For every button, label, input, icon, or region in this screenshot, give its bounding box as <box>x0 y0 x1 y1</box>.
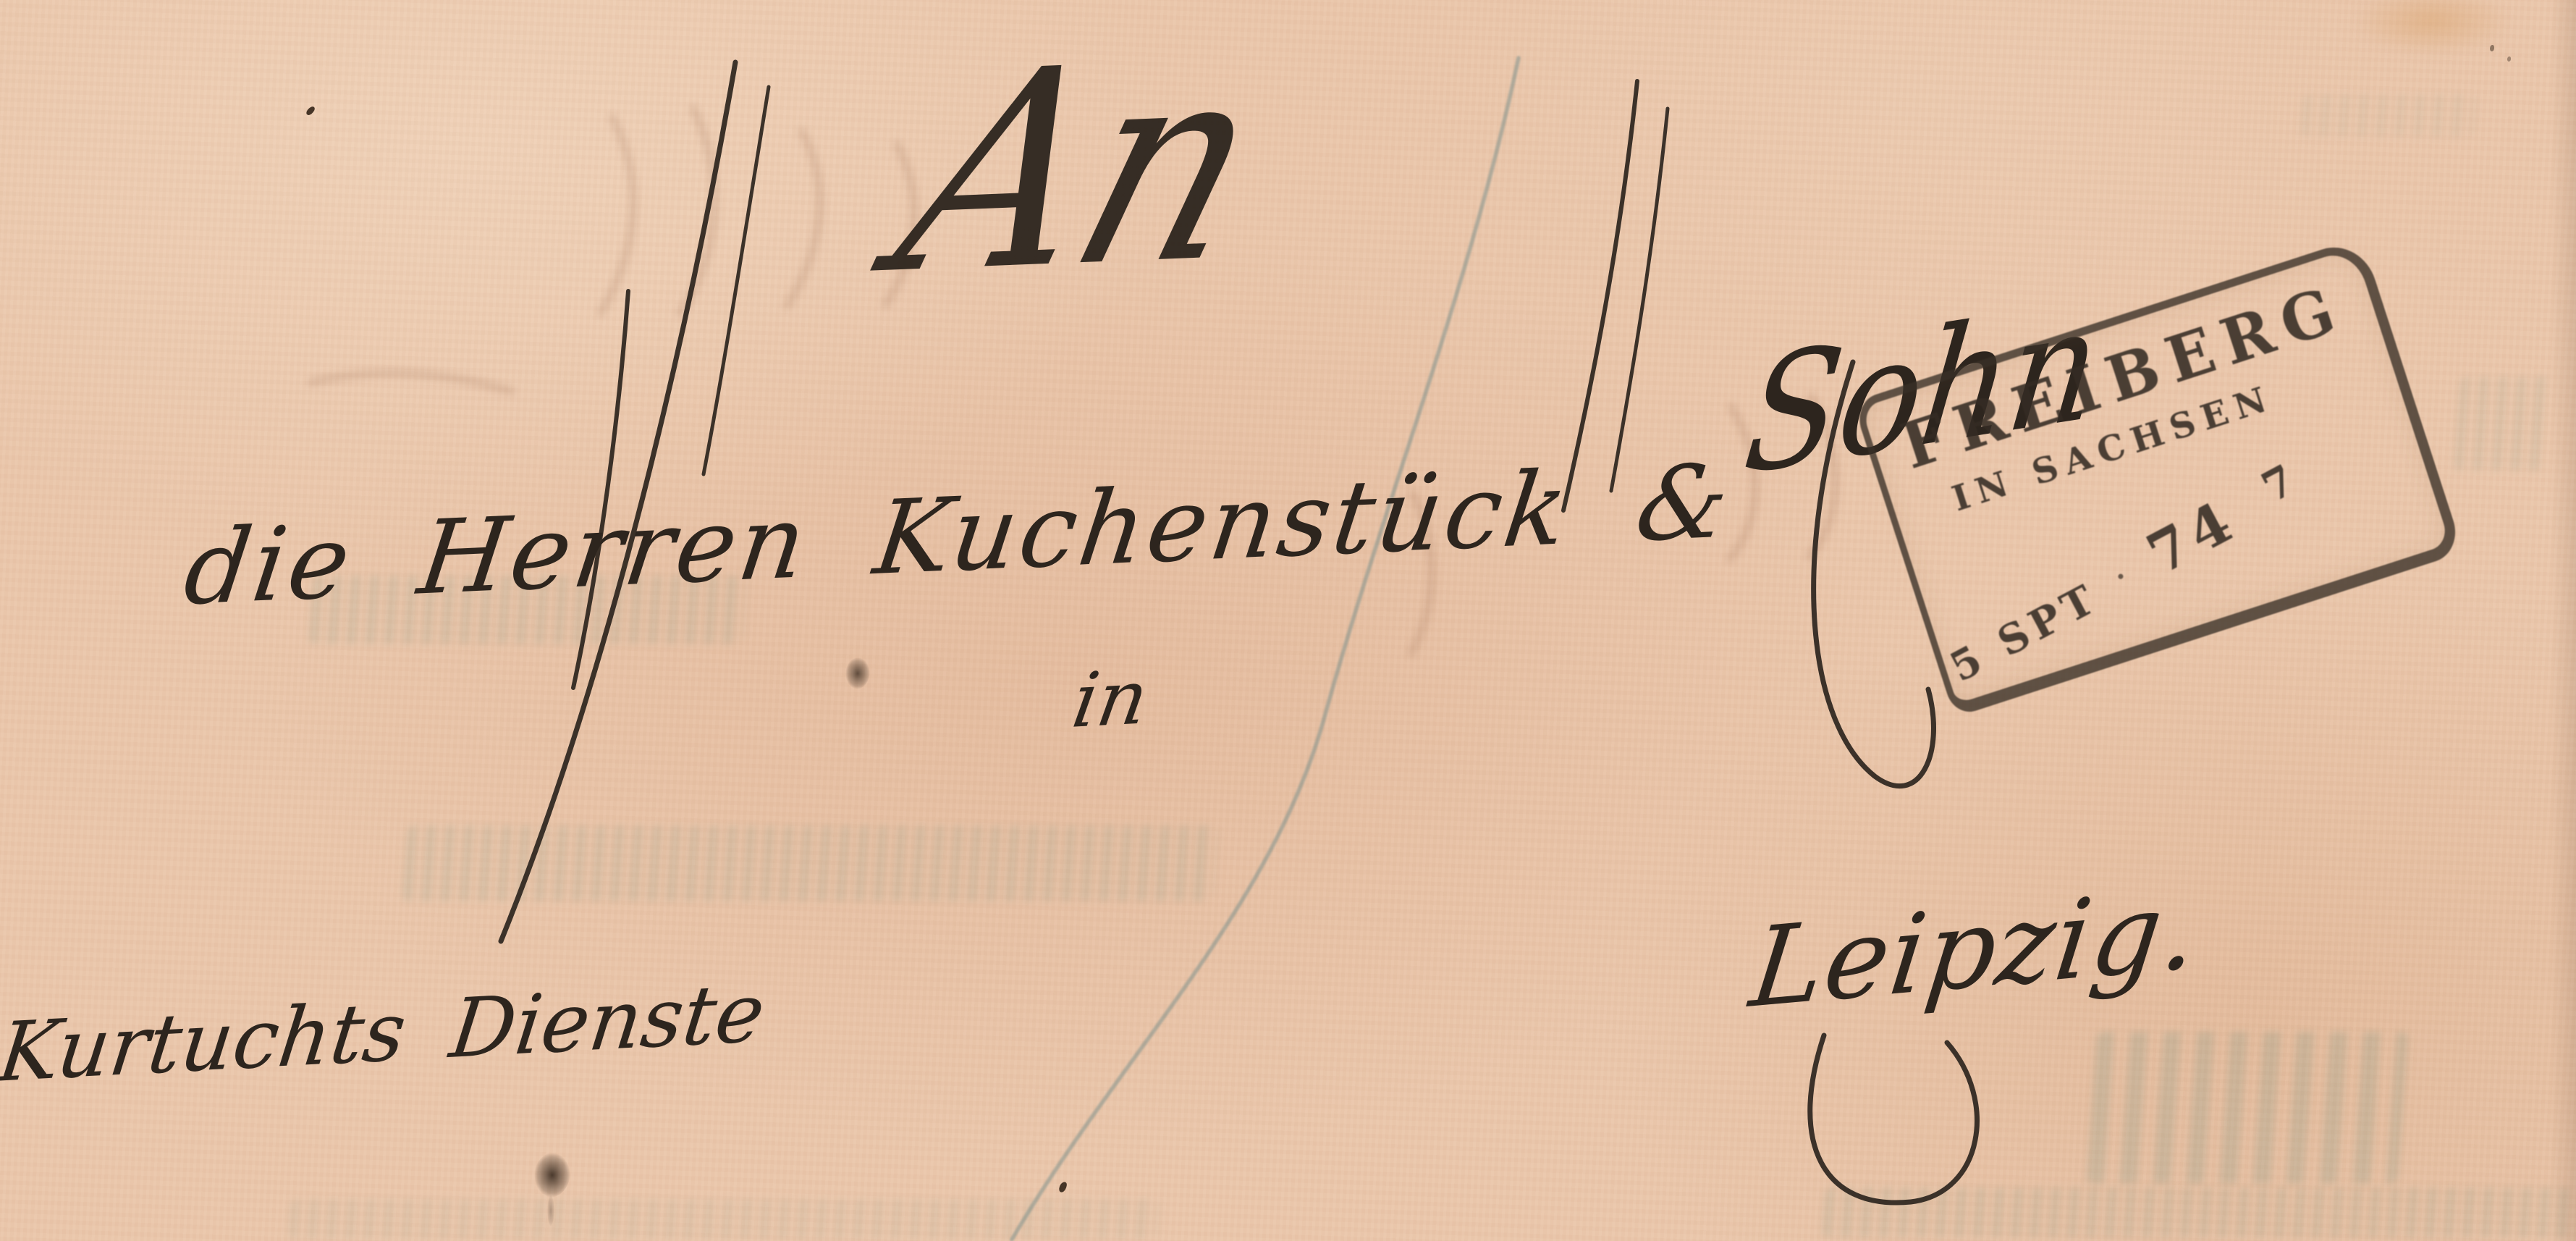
letter-cover-scan: An die Herren Kuchenstück & Sohn in Leip… <box>0 0 2576 1241</box>
preposition-in: in <box>1068 660 1153 739</box>
leipzig-under-loop <box>1810 1035 1977 1203</box>
scan-edge-shadow <box>2550 0 2576 1241</box>
ink-speck <box>1058 1181 1068 1193</box>
bleed-through-band <box>402 825 1218 901</box>
recipient-line: die Herren Kuchenstück & <box>179 451 1736 620</box>
postmark-day: 5 <box>1943 634 1995 691</box>
postmark-hour: 7 <box>2254 453 2308 513</box>
postmark-year: 74 <box>2137 487 2247 588</box>
postmark-month: SPT <box>1990 573 2107 666</box>
ink-speck <box>305 105 316 117</box>
destination-leipzig: Leipzig. <box>1745 875 2205 1024</box>
sender-note: Kurtuchts Dienste <box>0 972 769 1094</box>
salutation-an: An <box>876 25 1287 312</box>
bleed-through-band <box>1823 1187 2572 1238</box>
flourish-ascender <box>1563 81 1637 510</box>
bleed-through-band <box>288 1199 1160 1240</box>
flourish-ascender <box>1611 109 1668 491</box>
ink-blob-on-letter <box>845 657 870 689</box>
bleed-through-band <box>2300 94 2477 138</box>
bleed-through-band <box>2454 376 2554 471</box>
ink-blot <box>534 1153 570 1198</box>
paper-stain <box>2352 0 2512 56</box>
ink-speck <box>2507 56 2511 62</box>
flourish-stroke <box>704 87 769 474</box>
postmark-separator: · <box>2108 557 2137 593</box>
ink-speck <box>2490 45 2494 51</box>
bleed-through-band <box>2087 1032 2409 1184</box>
